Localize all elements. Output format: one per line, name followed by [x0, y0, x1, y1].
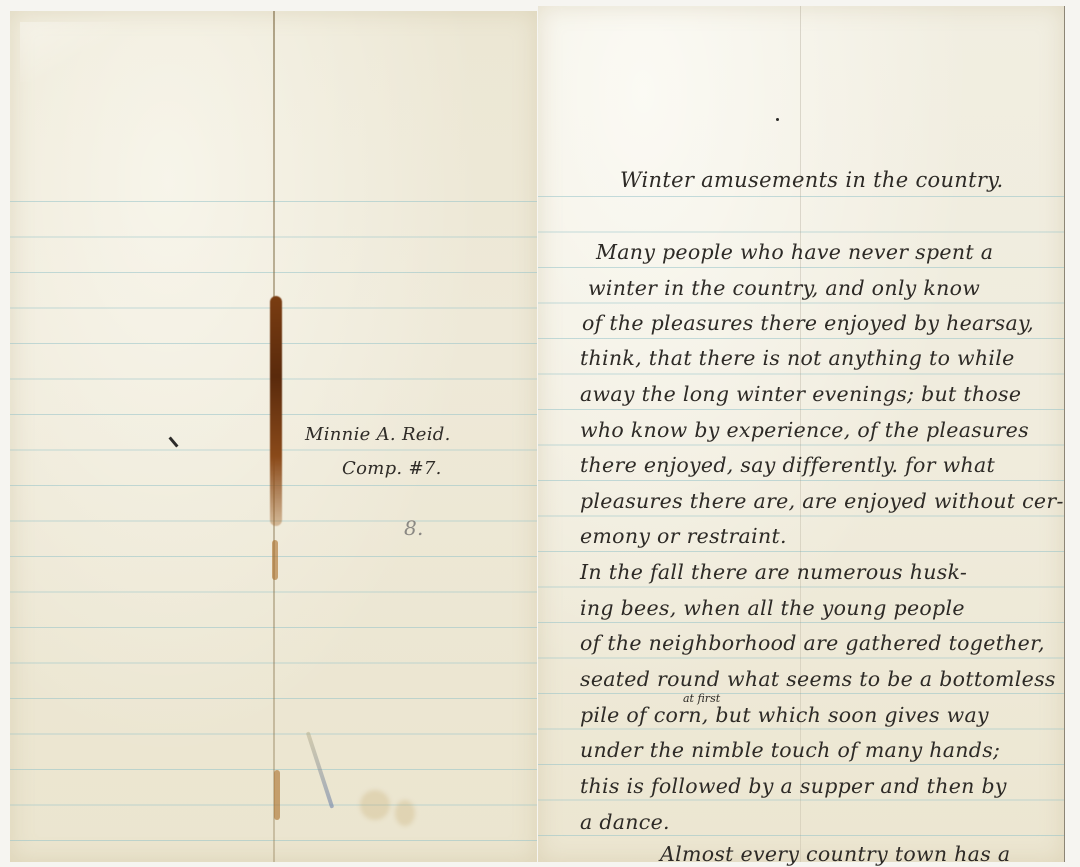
essay-line: think, that there is not anything to whi… [580, 346, 1015, 370]
essay-line: away the long winter evenings; but those [580, 382, 1021, 406]
essay-line: In the fall there are numerous husk- [580, 560, 967, 584]
essay-line: winter in the country, and only know [588, 276, 980, 300]
rust-stain [270, 296, 282, 526]
essay-line: under the nimble touch of many hands; [580, 738, 1000, 762]
essay-title: Winter amusements in the country. [620, 168, 1004, 192]
paper-corner-crease [20, 22, 120, 82]
essay-line: pile of corn, but which soon gives way [580, 703, 989, 727]
essay-line: of the neighborhood are gathered togethe… [580, 631, 1045, 655]
ink-speck [776, 118, 779, 121]
water-stain [360, 790, 390, 820]
rust-stain-small [272, 540, 278, 580]
essay-line: pleasures there are, are enjoyed without… [580, 489, 1064, 513]
essay-line: seated round what seems to be a bottomle… [580, 667, 1056, 691]
composition-number: Comp. #7. [342, 458, 442, 479]
essay-line: there enjoyed, say differently. for what [580, 453, 995, 477]
essay-line: this is followed by a supper and then by [580, 774, 1007, 798]
author-name: Minnie A. Reid. [305, 424, 451, 445]
scanned-document: Minnie A. Reid. Comp. #7. 8. Winter amus… [0, 0, 1080, 867]
essay-line: a dance. [580, 810, 670, 834]
essay-line: emony or restraint. [580, 524, 787, 548]
essay-line: who know by experience, of the pleasures [580, 418, 1029, 442]
essay-line: of the pleasures there enjoyed by hearsa… [582, 311, 1034, 335]
rust-stain-small [274, 770, 280, 820]
essay-line: Almost every country town has a [660, 842, 1010, 866]
pencil-grade-mark: 8. [404, 516, 424, 540]
water-stain [395, 800, 415, 826]
essay-line: Many people who have never spent a [596, 240, 993, 264]
essay-line: ing bees, when all the young people [580, 596, 965, 620]
